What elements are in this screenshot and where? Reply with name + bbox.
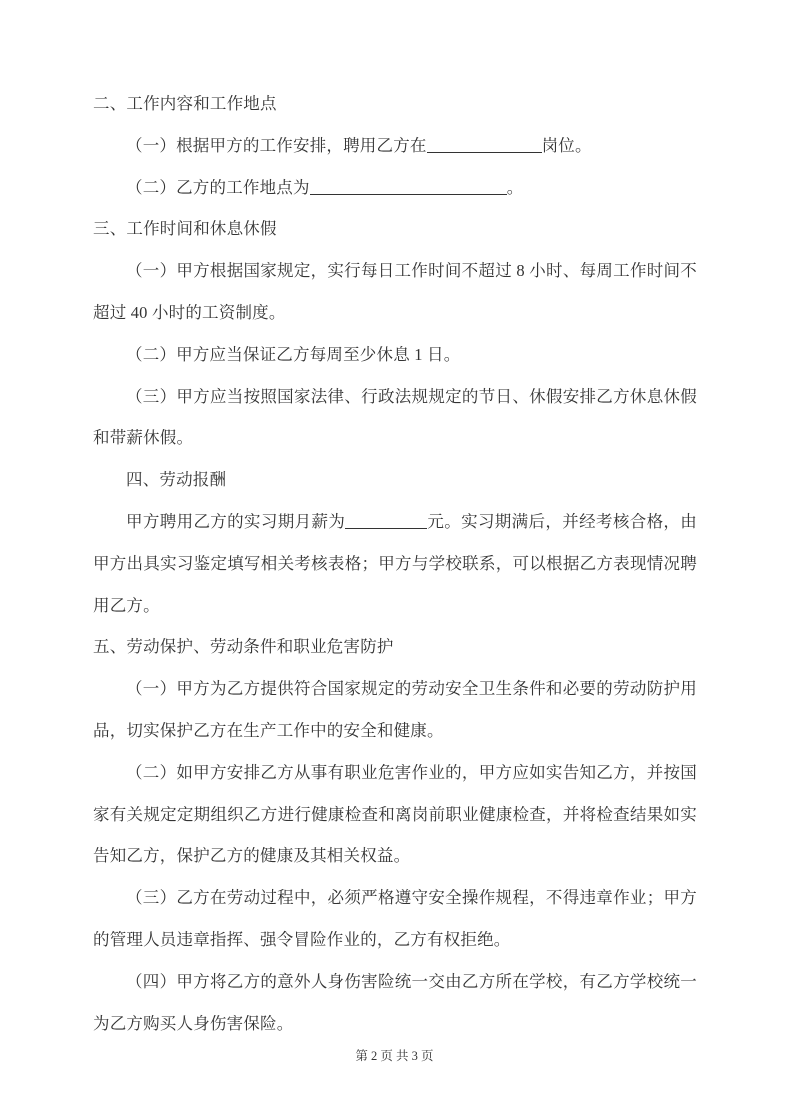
page-number-footer: 第 2 页 共 3 页 xyxy=(0,1048,789,1064)
blank-position-field xyxy=(427,137,542,153)
section-5-clause-3: （三）乙方在劳动过程中，必须严格遵守安全操作规程，不得违章作业；甲方的管理人员违… xyxy=(93,877,697,961)
section-2-heading: 二、工作内容和工作地点 xyxy=(93,83,697,125)
section-3-clause-1: （一）甲方根据国家规定，实行每日工作时间不超过 8 小时、每周工作时间不超过 4… xyxy=(93,250,697,334)
section-2-clause-2: （二）乙方的工作地点为。 xyxy=(93,167,697,209)
clause-text: （二）乙方的工作地点为 xyxy=(126,178,310,197)
contract-document-page: 二、工作内容和工作地点 （一）根据甲方的工作安排，聘用乙方在岗位。 （二）乙方的… xyxy=(0,0,789,1118)
contract-body: 二、工作内容和工作地点 （一）根据甲方的工作安排，聘用乙方在岗位。 （二）乙方的… xyxy=(93,83,697,1044)
clause-text: 。 xyxy=(507,178,524,197)
section-5-clause-1: （一）甲方为乙方提供符合国家规定的劳动安全卫生条件和必要的劳动防护用品，切实保护… xyxy=(93,668,697,752)
clause-text: （一）根据甲方的工作安排，聘用乙方在 xyxy=(126,136,427,155)
section-5-heading: 五、劳动保护、劳动条件和职业危害防护 xyxy=(93,626,697,668)
blank-work-location-field xyxy=(310,179,507,195)
section-4-heading: 四、劳动报酬 xyxy=(93,459,697,501)
section-5-clause-2: （二）如甲方安排乙方从事有职业危害作业的，甲方应如实告知乙方，并按国家有关规定定… xyxy=(93,752,697,877)
section-3-clause-2: （二）甲方应当保证乙方每周至少休息 1 日。 xyxy=(93,334,697,376)
section-2-clause-1: （一）根据甲方的工作安排，聘用乙方在岗位。 xyxy=(93,125,697,167)
section-4-clause-1: 甲方聘用乙方的实习期月薪为元。实习期满后，并经考核合格，由甲方出具实习鉴定填写相… xyxy=(93,501,697,626)
section-5-clause-4: （四）甲方将乙方的意外人身伤害险统一交由乙方所在学校，有乙方学校统一为乙方购买人… xyxy=(93,961,697,1045)
clause-text: 岗位。 xyxy=(542,136,592,155)
blank-monthly-salary-field xyxy=(345,513,427,529)
section-3-clause-3: （三）甲方应当按照国家法律、行政法规规定的节日、休假安排乙方休息休假和带薪休假。 xyxy=(93,376,697,460)
clause-text: 甲方聘用乙方的实习期月薪为 xyxy=(126,512,345,531)
section-3-heading: 三、工作时间和休息休假 xyxy=(93,208,697,250)
